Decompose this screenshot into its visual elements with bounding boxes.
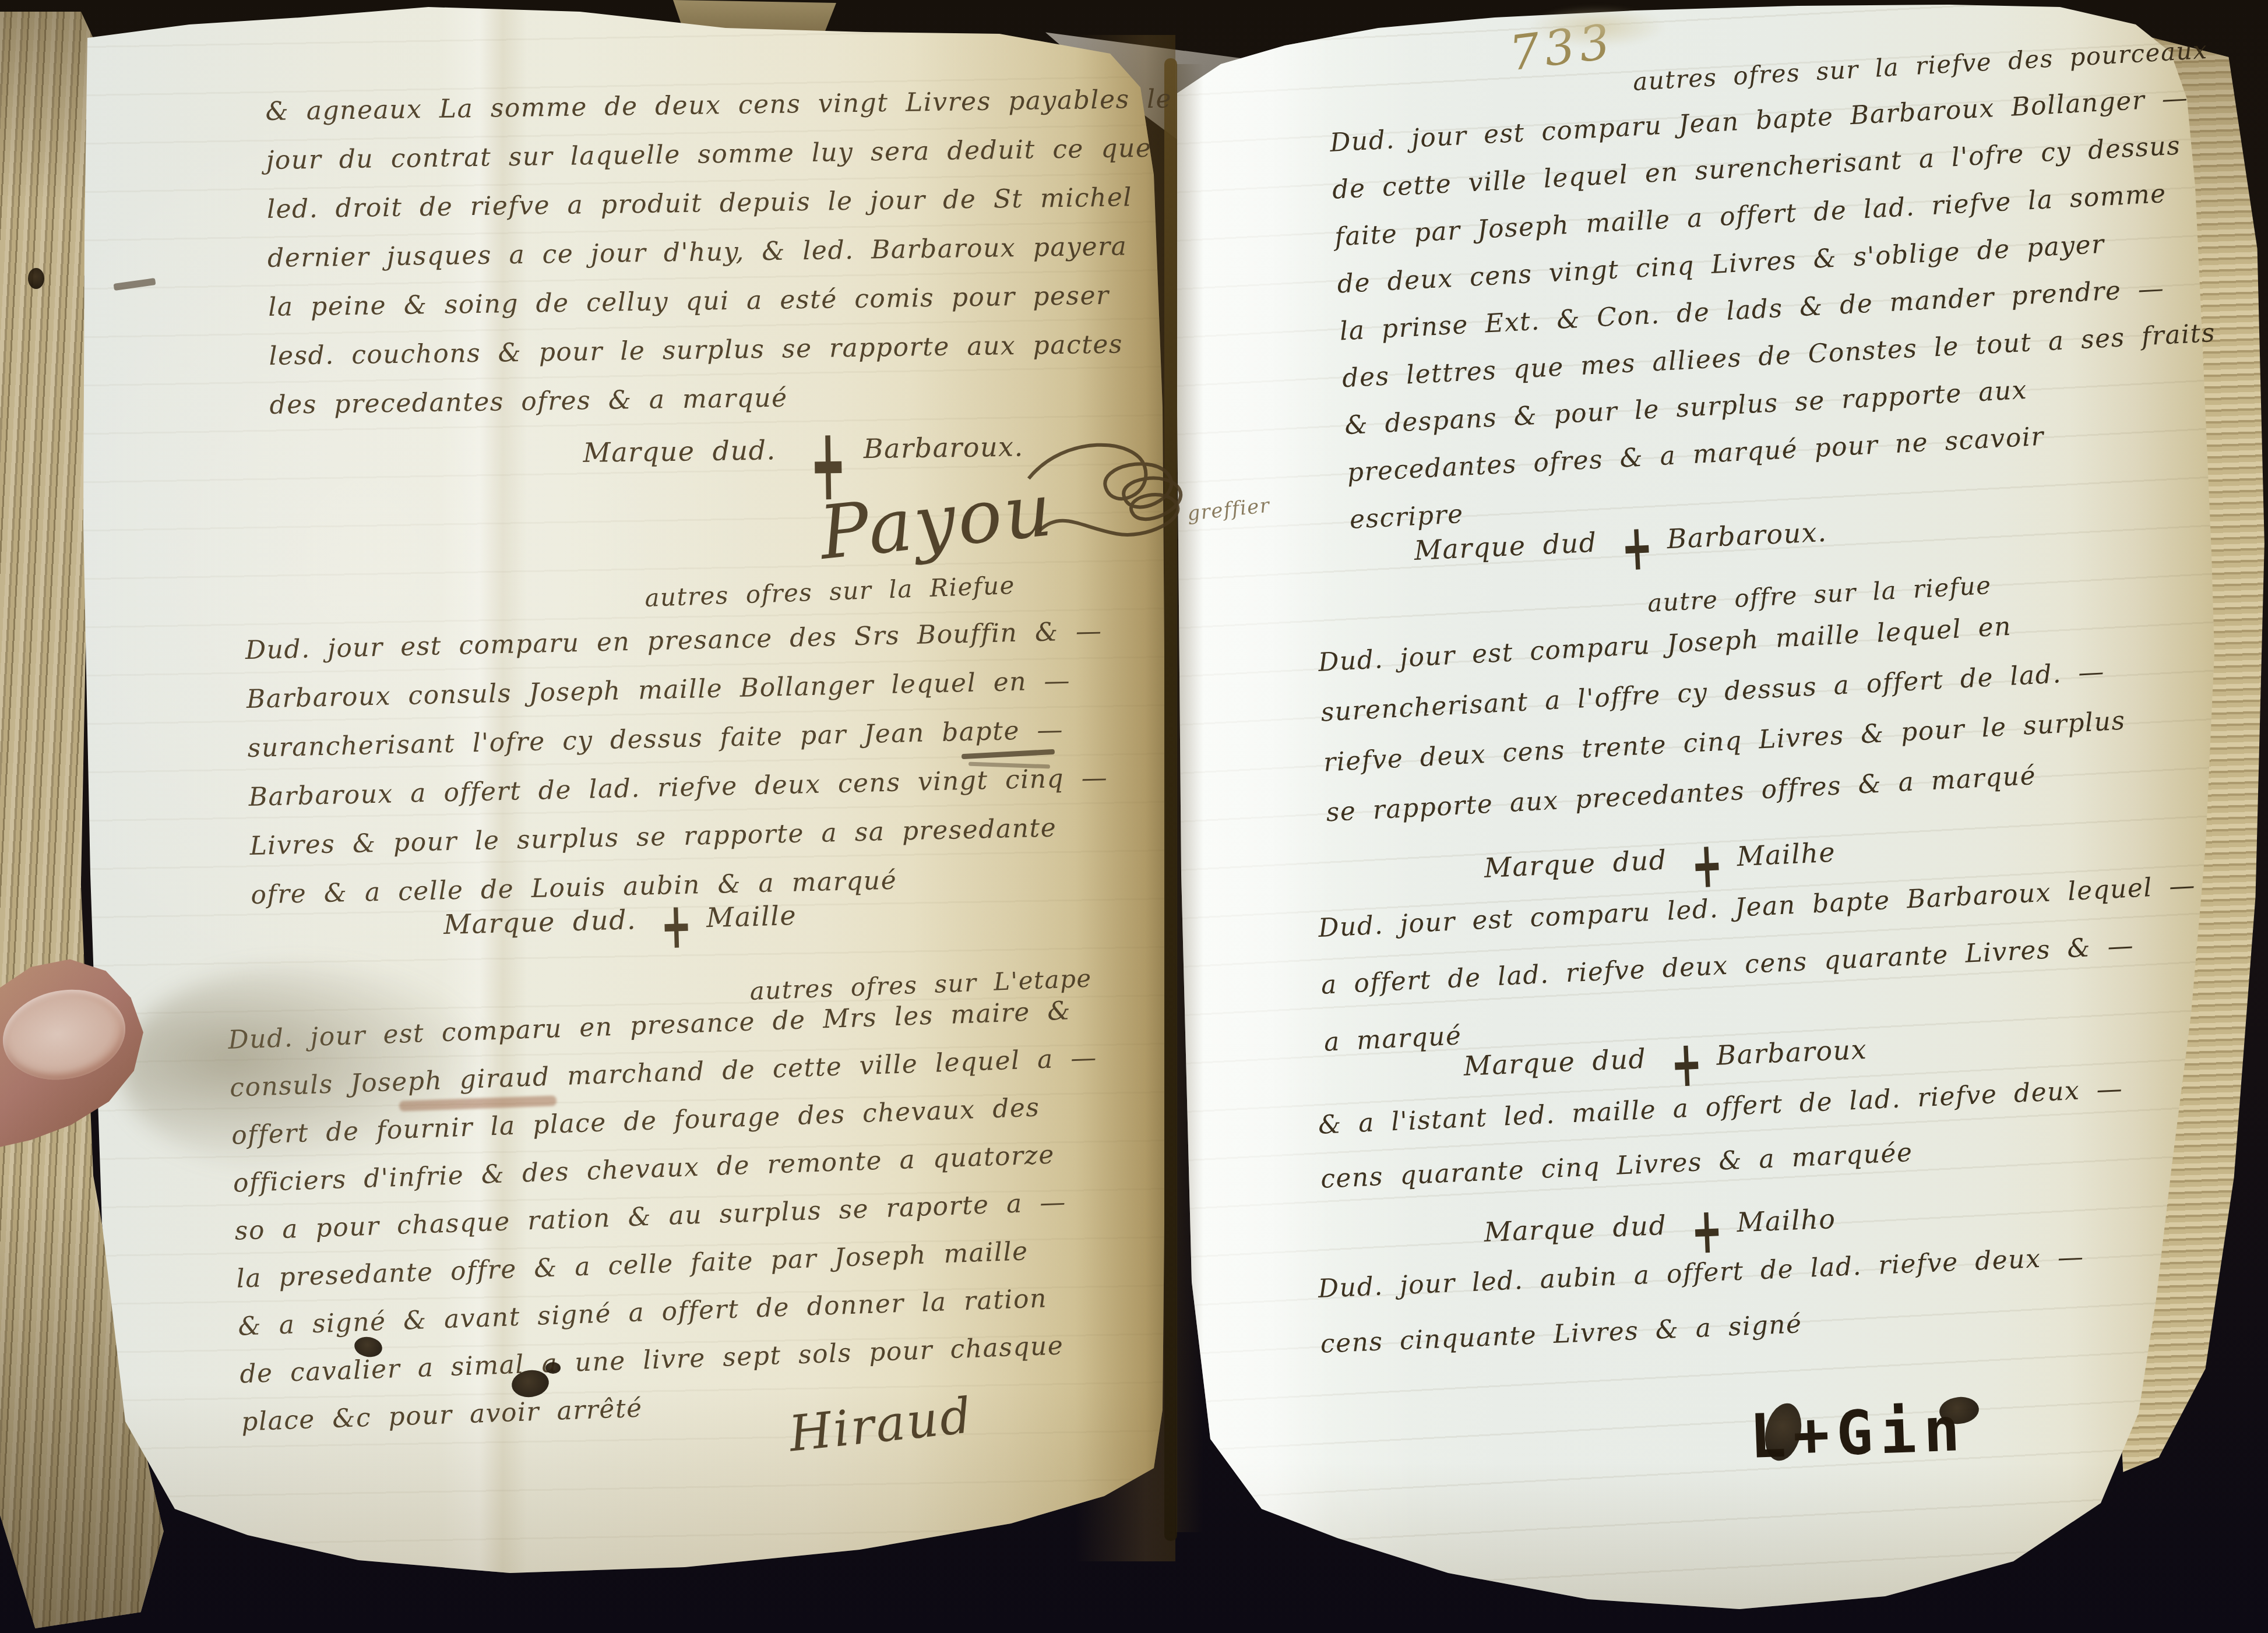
mark-prefix: Marque dud.	[443, 904, 636, 940]
book-gutter	[1164, 58, 1177, 1541]
mark-name: Mailhe	[1736, 837, 1836, 873]
cross-mark: +	[1691, 1230, 1723, 1231]
mark-prefix: Marque dud.	[583, 434, 776, 468]
manuscript-entry: Dud. jour est comparu Jean bapte Barbaro…	[1329, 72, 2259, 544]
mark-name: Barbaroux.	[1666, 516, 1827, 555]
mark-line: Marque dud.+Maille	[443, 891, 797, 949]
mark-name: Maille	[706, 900, 797, 933]
mark-prefix: Marque dud	[1484, 844, 1668, 884]
mark-name: Mailho	[1736, 1203, 1836, 1238]
signature-name: Payou	[815, 467, 1058, 576]
ink-blot	[28, 268, 44, 289]
cross-mark: +	[1621, 546, 1653, 548]
ink-blot	[545, 1362, 561, 1374]
manuscript-entry: & agneaux La somme de deux cens vingt Li…	[265, 75, 1156, 430]
cross-mark: +	[1671, 1063, 1703, 1064]
cross-mark: +	[1691, 864, 1723, 866]
mark-name: Barbaroux	[1716, 1034, 1868, 1071]
mark-prefix: Marque dud	[1414, 527, 1598, 566]
photo-of-open-register: { "colors": { "background": "#140e0a", "…	[0, 0, 2268, 1633]
paper-smudge	[1527, 6, 1667, 48]
mark-prefix: Marque dud	[1483, 1209, 1667, 1248]
thumb-shadow	[119, 964, 492, 1174]
signature-flourish-icon	[1019, 426, 1207, 577]
gutter-shading-right	[1177, 64, 1203, 1532]
cross-mark: +	[661, 925, 693, 926]
mark-prefix: Marque dud	[1463, 1043, 1647, 1082]
